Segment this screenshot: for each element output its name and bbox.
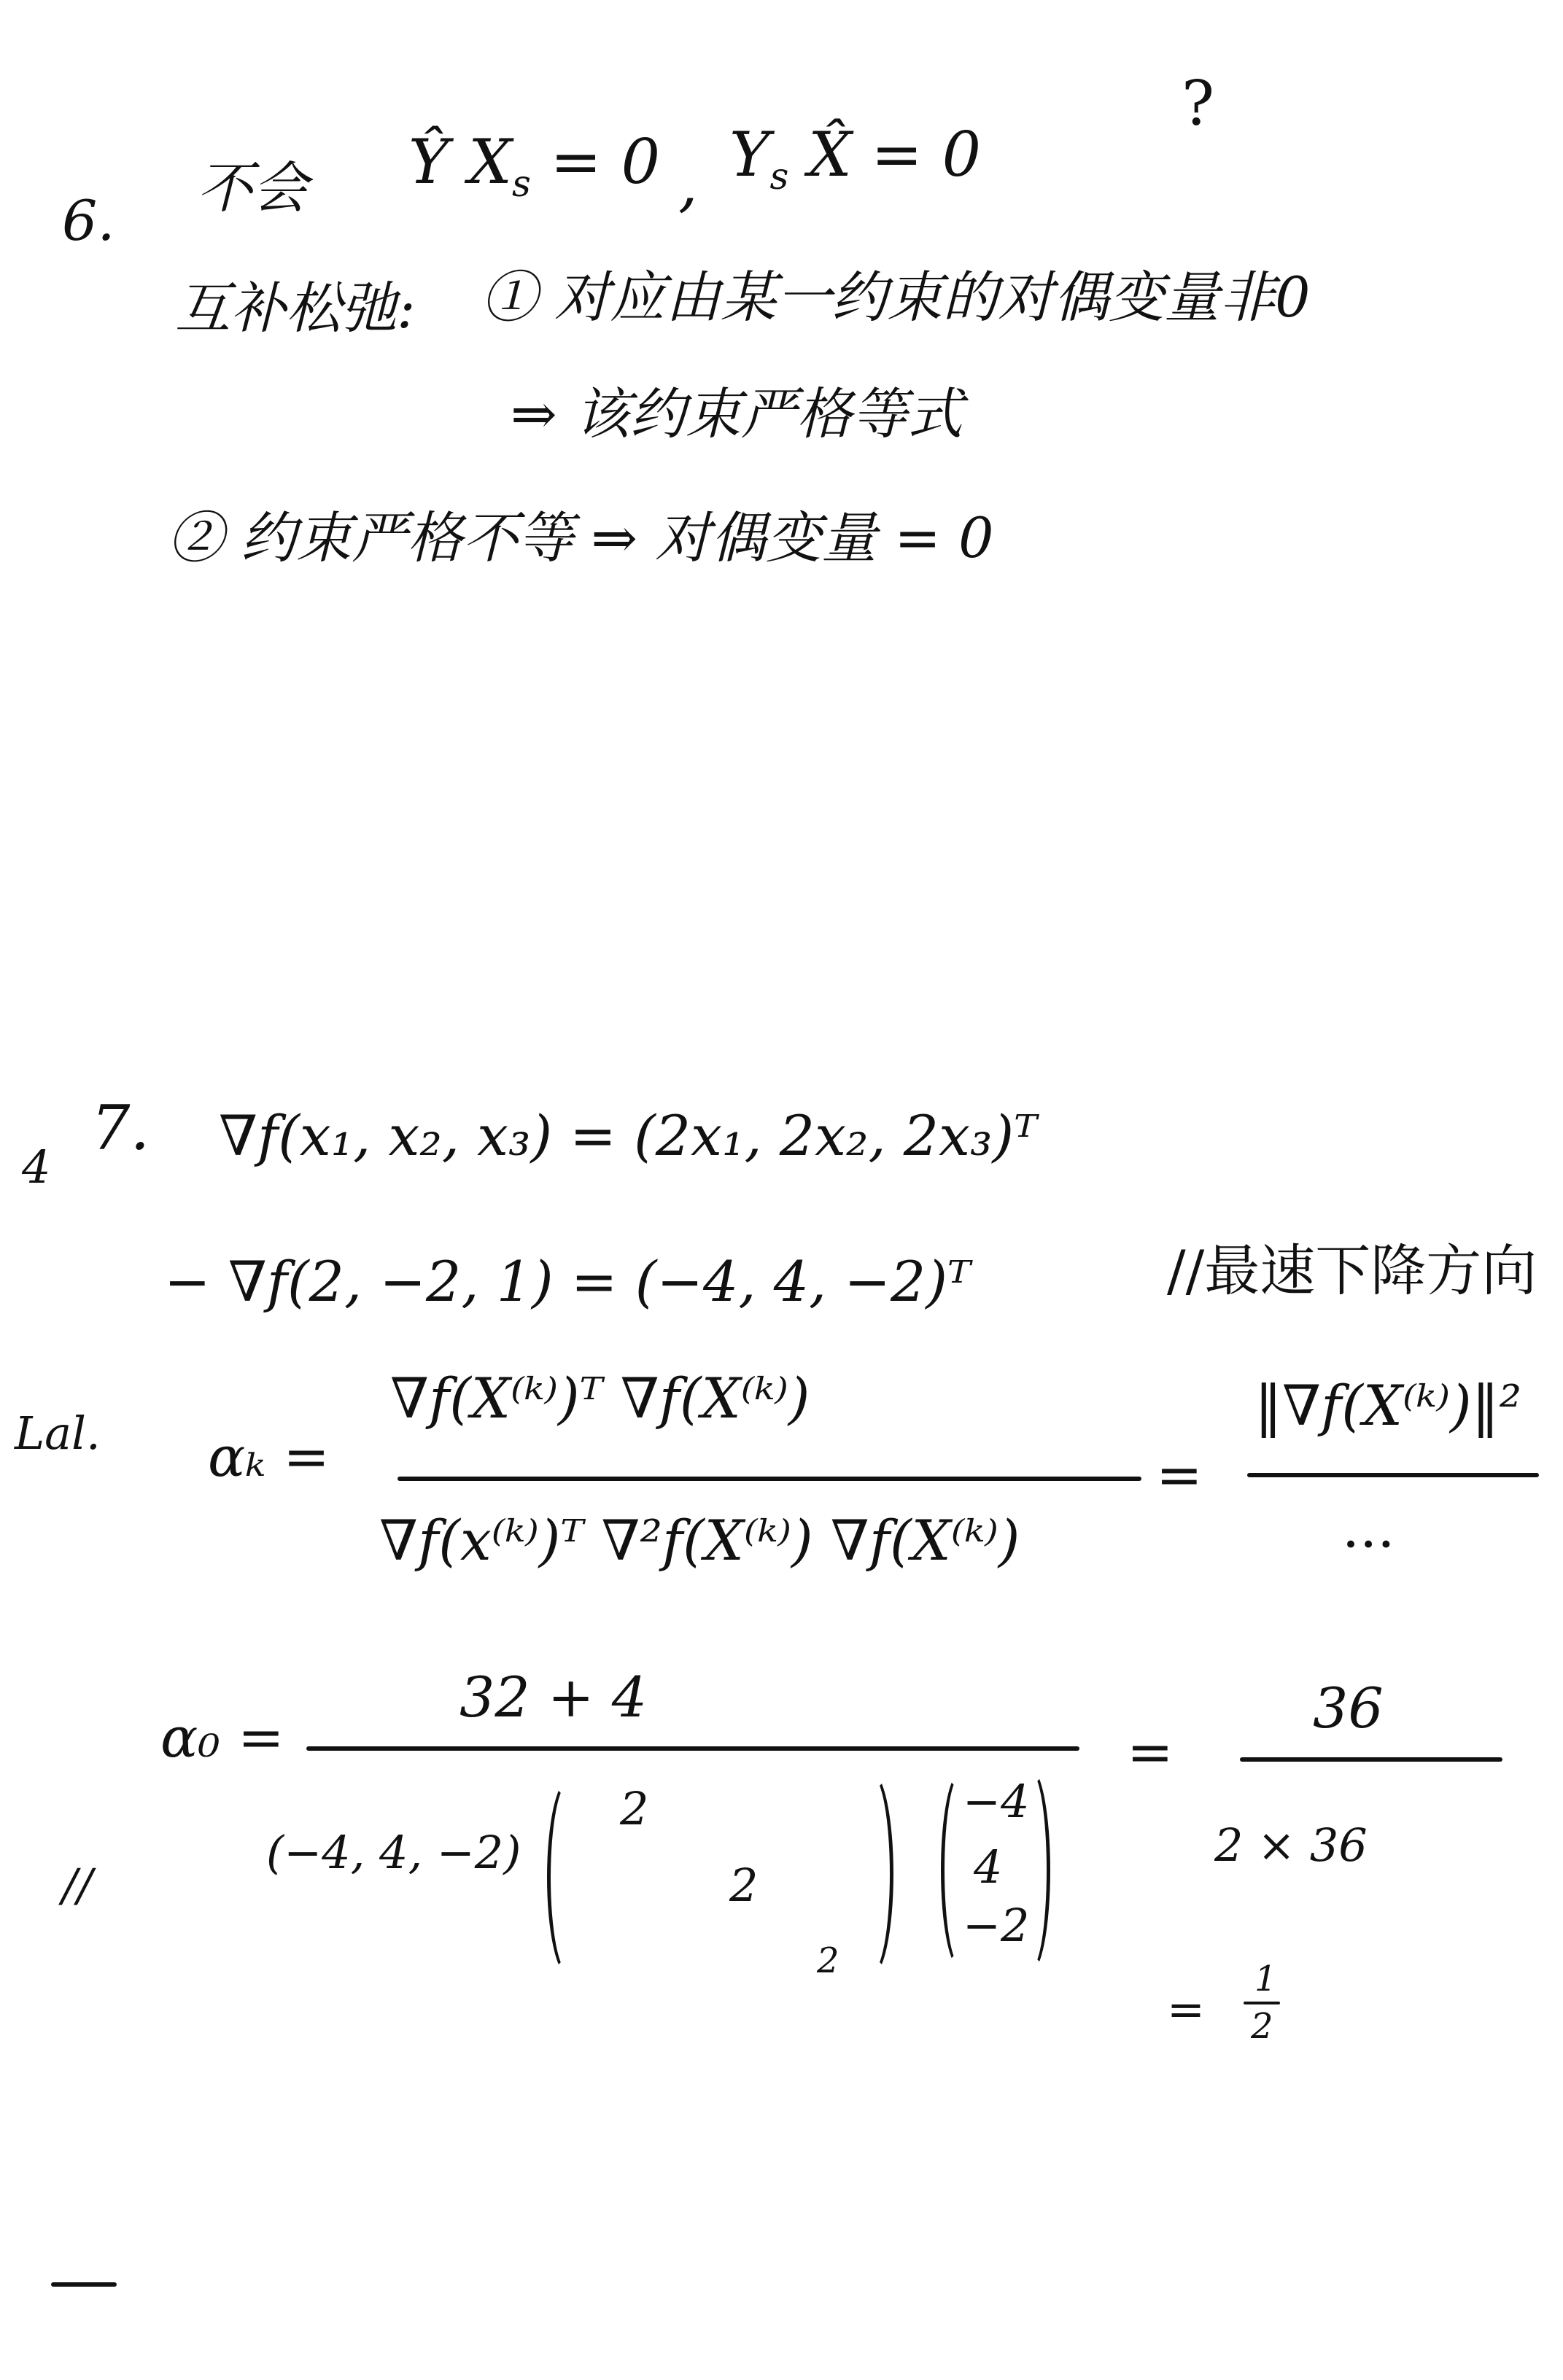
column-vector-right-paren: [1017, 1768, 1050, 1972]
alpha-k-alt-numerator: ‖∇f(X⁽ᵏ⁾)‖²: [1254, 1378, 1521, 1434]
negative-gradient-line: − ∇f(2, −2, 1) = (−4, 4, −2)ᵀ: [164, 1254, 971, 1310]
footer-dash: [51, 2282, 117, 2287]
hessian-entry-1: 2: [620, 1786, 648, 1832]
steepest-descent-note: //最速下降方向: [1167, 1243, 1537, 1299]
hessian-left-paren: [547, 1779, 583, 1976]
question-6-number: 6.: [62, 193, 115, 249]
margin-mark-2: Lal.: [15, 1411, 101, 1456]
result-equals: =: [1167, 1987, 1205, 2032]
question-6-expr2: Ys X̂ = 0: [729, 124, 981, 195]
alpha-k-denominator: ∇f(x⁽ᵏ⁾)ᵀ ∇²f(X⁽ᵏ⁾) ∇f(X⁽ᵏ⁾): [379, 1513, 1020, 1568]
alpha-0-eq2-fraction-bar: [1240, 1757, 1502, 1762]
alpha-k-numerator: ∇f(X⁽ᵏ⁾)ᵀ ∇f(X⁽ᵏ⁾): [390, 1371, 810, 1426]
margin-mark-3: //: [62, 1863, 93, 1908]
alpha-0-label: α₀ =: [160, 1710, 284, 1765]
alpha-0-eq2-numerator: 36: [1313, 1681, 1384, 1736]
alpha-0-fraction-bar: [306, 1746, 1079, 1751]
complementary-slackness-title: 互补松弛:: [175, 281, 416, 336]
row-vector: (−4, 4, −2): [266, 1830, 521, 1875]
complementary-slackness-item-1-result: ⇒ 该约束严格等式: [511, 386, 963, 442]
alpha-k-alt-denominator: ···: [1342, 1517, 1395, 1572]
alpha-0-eq2-denominator: 2 × 36: [1214, 1823, 1368, 1868]
result-denominator: 2: [1251, 2009, 1273, 2044]
question-6-verdict: 不会: [197, 160, 308, 216]
alpha-0-equals: =: [1127, 1724, 1174, 1780]
question-6-comma: ,: [678, 153, 698, 214]
column-vector-entry-2: 4: [974, 1845, 1002, 1890]
alpha-0-numerator: 32 + 4: [459, 1670, 647, 1725]
equals-sign: =: [1156, 1447, 1203, 1503]
question-7-number: 7.: [91, 1097, 150, 1159]
hessian-entry-2: 2: [729, 1863, 758, 1908]
complementary-slackness-item-2: ② 约束严格不等 ⇒ 对偶变量 = 0: [168, 510, 994, 566]
margin-mark: 4: [22, 1145, 50, 1190]
hessian-right-paren: [857, 1772, 893, 1976]
hessian-entry-3: 2: [817, 1943, 839, 1978]
alpha-k-label: αₖ =: [208, 1429, 330, 1485]
alpha-k-fraction-bar: [397, 1477, 1141, 1481]
complementary-slackness-item-1: ① 对应由某一约束的对偶变量非0: [481, 270, 1311, 325]
gradient-line: ∇f(x₁, x₂, x₃) = (2x₁, 2x₂, 2x₃)ᵀ: [219, 1108, 1037, 1164]
result-numerator: 1: [1254, 1961, 1277, 1996]
question-mark: ?: [1182, 73, 1214, 134]
alpha-k-alt-fraction-bar: [1247, 1473, 1539, 1477]
question-6-expr1: Ŷ Xs = 0: [408, 131, 660, 202]
result-fraction-bar: [1244, 2002, 1280, 2004]
